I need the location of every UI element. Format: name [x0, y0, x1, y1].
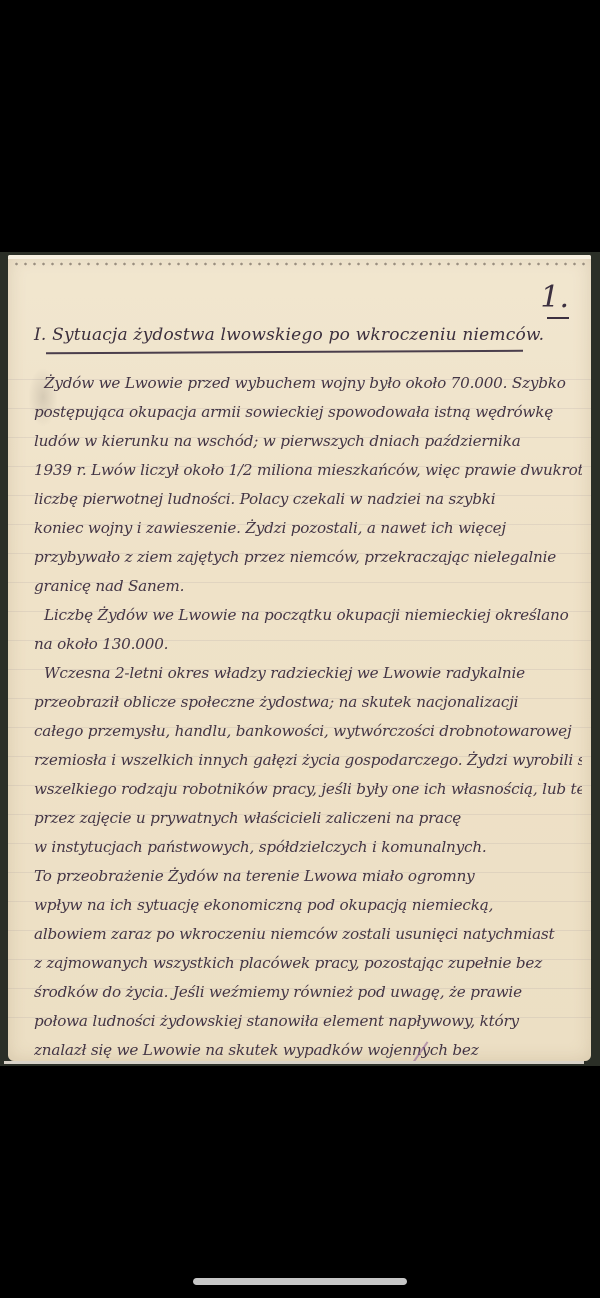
text-line: Żydów we Lwowie przed wybuchem wojny był…: [34, 369, 582, 398]
paper-top-strip: [8, 255, 591, 259]
text-line: przybywało z ziem zajętych przez niemców…: [34, 543, 582, 572]
text-line: wpływ na ich sytuację ekonomiczną pod ok…: [34, 891, 582, 920]
text-line: postępująca okupacja armii sowieckiej sp…: [34, 398, 582, 427]
text-line: połowa ludności żydowskiej stanowiła ele…: [34, 1007, 582, 1036]
text-line: ludów w kierunku na wschód; w pierwszych…: [34, 427, 582, 456]
text-line: albowiem zaraz po wkroczeniu niemców zos…: [34, 920, 582, 949]
text-line: koniec wojny i zawieszenie. Żydzi pozost…: [34, 514, 582, 543]
text-line: liczbę pierwotnej ludności. Polacy czeka…: [34, 485, 582, 514]
home-indicator[interactable]: [193, 1278, 407, 1285]
text-line: przeobraził oblicze społeczne żydostwa; …: [34, 688, 582, 717]
scanned-page-frame: 1. I. Sytuacja żydostwa lwowskiego po wk…: [0, 252, 600, 1066]
handwritten-page: 1. I. Sytuacja żydostwa lwowskiego po wk…: [8, 255, 591, 1061]
text-line: środków do życia. Jeśli weźmiemy również…: [34, 978, 582, 1007]
text-line: Liczbę Żydów we Lwowie na początku okupa…: [34, 601, 582, 630]
text-line: całego przemysłu, handlu, bankowości, wy…: [34, 717, 582, 746]
page-number: 1.: [540, 283, 569, 313]
text-line: na około 130.000.: [34, 630, 582, 659]
text-line: Wczesna 2-letni okres władzy radzieckiej…: [34, 659, 582, 688]
page-number-underline: [547, 317, 569, 319]
handwritten-body: Żydów we Lwowie przed wybuchem wojny był…: [34, 369, 582, 1061]
text-line: 1939 r. Lwów liczył około 1/2 miliona mi…: [34, 456, 582, 485]
page-bottom-edge: [4, 1061, 584, 1064]
image-viewer: 1. I. Sytuacja żydostwa lwowskiego po wk…: [0, 0, 600, 1298]
text-line: granicę nad Sanem.: [34, 572, 582, 601]
text-line: wszelkiego rodzaju robotników pracy, jeś…: [34, 775, 582, 804]
text-line: znalazł się we Lwowie na skutek wypadków…: [34, 1036, 582, 1061]
text-line: przez zajęcie u prywatnych właścicieli z…: [34, 804, 582, 833]
text-line: w instytucjach państwowych, spółdzielczy…: [34, 833, 582, 862]
text-line: rzemiosła i wszelkich innych gałęzi życi…: [34, 746, 582, 775]
section-title: I. Sytuacja żydostwa lwowskiego po wkroc…: [34, 325, 544, 345]
text-line: To przeobrażenie Żydów na terenie Lwowa …: [34, 862, 582, 891]
perforation-edge: [12, 262, 587, 266]
text-line: z zajmowanych wszystkich placówek pracy,…: [34, 949, 582, 978]
